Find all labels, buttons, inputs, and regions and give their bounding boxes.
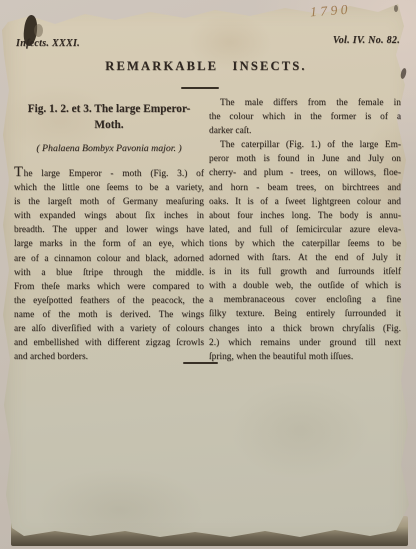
text-line: adorned with ſtars. At the end of July i… (209, 251, 401, 265)
text-line: name of the moth is derived. The wings (14, 308, 204, 322)
figure-heading-line1: Fig. 1. 2. et 3. The large Emperor- (14, 102, 204, 118)
text-line: breadth. The upper and lower wings have (14, 223, 204, 237)
left-column: The large Emperor - moth (Fig. 3.) ofwhi… (14, 165, 204, 364)
text-line: with a double web, the outſide of which … (209, 279, 401, 293)
text-line: large marks in the form of an eye, which (14, 237, 204, 251)
text-line: the colour which in the former is of a (209, 110, 401, 124)
text-line: a membranaceous cover encloſing a fine (209, 293, 401, 307)
end-of-article-rule (183, 362, 218, 364)
text-line: oaks. It is of a ſweet lightgreen colour… (209, 195, 401, 209)
handwritten-year: 1790 (310, 0, 381, 20)
text-line: ſpring, when the beautiful moth iſſues. (209, 350, 401, 364)
text-line: changes into a thick brown chryſalis (Fi… (209, 322, 401, 336)
text-line: with expanded wings about ſix inches in (14, 209, 204, 223)
title-divider-rule (181, 87, 219, 89)
text-line: which the little one ſeems to be a varie… (14, 181, 204, 195)
text-line: The large Emperor - moth (Fig. 3.) of (14, 165, 204, 181)
text-line: and embellished with different zigzag ſc… (14, 336, 204, 350)
text-line: cherry- and plum - trees, on willows, fl… (209, 166, 401, 180)
series-caption: Inſects. XXXI. (16, 38, 80, 49)
text-line: is in its full growth and ſurrounds itſe… (209, 265, 401, 279)
text-line: is the largeſt moth of Germany meaſuring (14, 195, 204, 209)
page-content: 1790 Inſects. XXXI. Vol. IV. No. 82. REM… (0, 0, 416, 549)
text-line: The male differs from the female in (209, 96, 401, 110)
text-line: lated, and full of ſemicircular azure el… (209, 223, 401, 237)
text-line: with a blue ſtripe through the middle. (14, 266, 204, 280)
text-line: and arched borders. (14, 350, 204, 364)
right-column: The male differs from the female inthe c… (209, 96, 401, 364)
text-line: darker caſt. (209, 124, 401, 138)
text-line: The caterpillar (Fig. 1.) of the large E… (209, 138, 401, 152)
text-line: are alſo diverſified with a variety of c… (14, 322, 204, 336)
figure-heading: Fig. 1. 2. et 3. The large Emperor- Moth… (14, 102, 204, 133)
latin-name-subtitle: ( Phalaena Bombyx Pavonia major. ) (14, 143, 204, 154)
text-line: tions by which the caterpillar ſeems to … (209, 237, 401, 251)
text-line: about four inches long. The body is annu… (209, 209, 401, 223)
text-line: and horn - beam trees, on birchtrees and (209, 181, 401, 195)
text-line: 2.) which remains under ground till next (209, 336, 401, 350)
text-line: From theſe marks which were compared to (14, 280, 204, 294)
text-line: the eyeſpotted feathers of the peacock, … (14, 294, 204, 308)
figure-heading-line2: Moth. (14, 118, 204, 134)
volume-number: Vol. IV. No. 82. (288, 35, 400, 46)
page-title: REMARKABLE INSECTS. (0, 59, 412, 74)
text-line: are of a cinnamon colour and black, ador… (14, 252, 204, 266)
text-line: peror moth is found in June and July on (209, 152, 401, 166)
scanned-page-photo: 1790 Inſects. XXXI. Vol. IV. No. 82. REM… (0, 0, 416, 549)
text-line: ſilky texture. Being entirely ſurrounded… (209, 307, 401, 321)
